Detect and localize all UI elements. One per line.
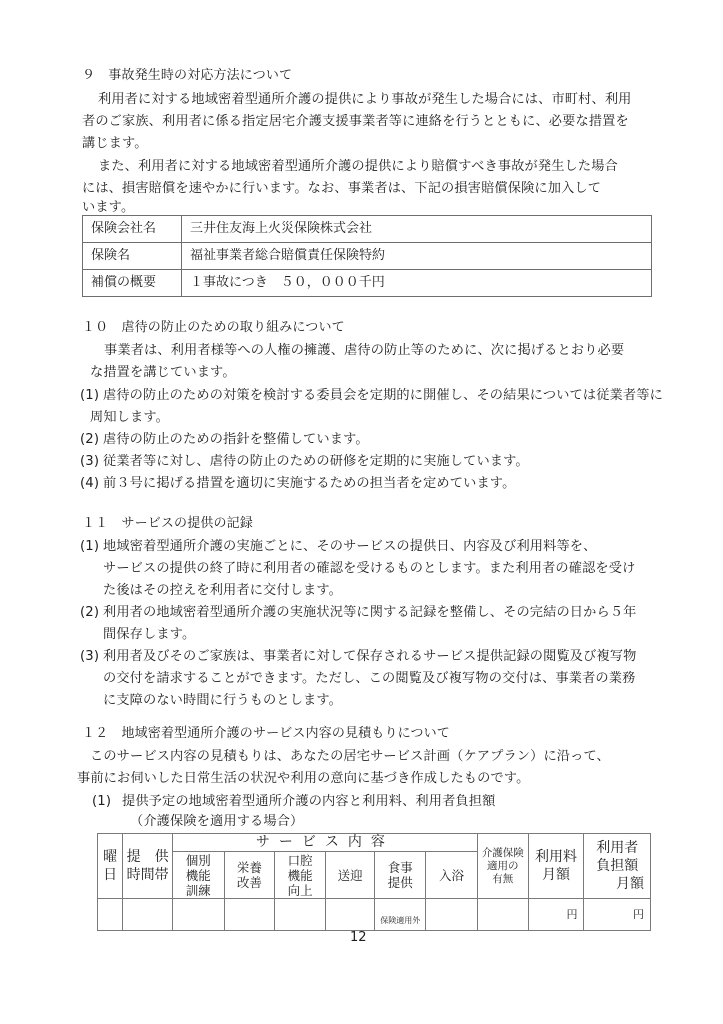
header-transport: 送迎 [325,852,375,899]
header-day-line: 曜 [98,848,122,866]
service-label-line: 機能 [275,868,325,883]
section10-item-text: 虐待の防止のための指針を整備しています。 [103,430,369,450]
section11-item-text: に支障のない時間に行うものとします。 [103,691,342,711]
section11-item-number: (1) [80,537,99,557]
header-day-line: 日 [98,866,122,884]
header-user-burden: 利用者 負担額 月額 [584,834,651,899]
header-time-line: 時間帯 [123,866,172,884]
service-label-line: 提供 [375,875,425,890]
header-time-slot: 提 供 時間帯 [123,834,173,899]
section10-item-number: (2) [80,430,99,450]
section10-intro-line: 事業者は、利用者様等への人権の擁護、虐待の防止等のために、次に掲げるとおり必要 [104,341,624,361]
header-time-line: 提 供 [123,848,172,866]
section11-item-text: た後はその控えを利用者に交付します。 [103,581,342,601]
section11-item-text: サービスの提供の終了時に利用者の確認を受けるものとします。また利用者の確認を受け [103,559,635,579]
section10-intro-line: な措置を講じています。 [90,363,236,383]
insurance-value: １事故につき ５０，０００千円 [182,270,652,297]
header-nutrition: 栄養 改善 [224,852,275,899]
section10-item-number: (3) [80,452,99,472]
section11-item-text: 地域密着型通所介護の実施ごとに、そのサービスの提供日、内容及び利用料等を、 [103,537,596,557]
section10-item-text: 従業者等に対し、虐待の防止のための研修を定期的に実施しています。 [103,452,529,472]
service-label-line: 送迎 [326,868,375,883]
header-burden-line: 利用者 [584,839,650,857]
cell-insurance-applicable [477,899,528,931]
insurance-label: 保険名 [83,243,182,270]
section10-item-number: (4) [80,474,99,494]
header-fee-line: 月額 [529,866,584,884]
section10-item-text: 周知します。 [90,408,169,428]
header-insurance-applicable: 介護保険 適用の 有無 [477,834,528,899]
section10-item-number: (1) [80,386,99,406]
cell-oral-function [275,899,326,931]
service-label-line: 栄養 [225,860,275,875]
cell-time-slot [123,899,173,931]
cell-user-burden: 円 [584,899,651,931]
service-estimate-table: 曜 日 提 供 時間帯 サービス内容 介護保険 適用の 有無 利用料 月額 利用… [97,833,651,931]
section10-item-text: 前３号に掲げる措置を適切に実施するための担当者を定めています。 [103,474,515,494]
header-individual-training: 個別 機能 訓練 [172,852,224,899]
section9-text-line: 講じます。 [82,134,148,154]
insurance-label: 保険会社名 [83,216,182,243]
header-burden-line: 月額 [584,875,650,893]
page-number: 12 [350,930,367,945]
section12-heading: １２ 地域密着型通所介護のサービス内容の見積もりについて [82,724,450,744]
section9-text-line: 利用者に対する地域密着型通所介護の提供により事故が発生した場合には、市町村、利用 [98,90,632,110]
service-label-line: 訓練 [173,883,224,898]
section11-item-number: (2) [80,603,99,623]
cell-individual-training [172,899,224,931]
section9-text-line: また、利用者に対する地域密着型通所介護の提供により賠償すべき事故が発生した場合 [98,157,618,177]
document-page: ９ 事故発生時の対応方法について 利用者に対する地域密着型通所介護の提供により事… [0,0,723,1024]
header-meal: 食事 提供 [375,852,426,899]
section11-item-number: (3) [80,647,99,667]
section11-heading: １１ サービスの提供の記録 [82,514,253,534]
header-insurance-line: 有無 [478,873,528,886]
header-bathing: 入浴 [426,852,478,899]
service-label-line: 入浴 [426,868,477,883]
table-row: 補償の概要 １事故につき ５０，０００千円 [83,270,652,297]
section10-item-text: 虐待の防止のための対策を検討する委員会を定期的に開催し、その結果については従業者… [103,386,663,406]
cell-nutrition [224,899,275,931]
header-service-content: サービス内容 [172,834,477,852]
cell-meal-note: 保険適用外 [375,899,426,931]
header-oral-function: 口腔 機能 向上 [275,852,326,899]
subsection-subtitle: （介護保険を適用する場合） [130,812,303,832]
section11-item-text: の交付を請求することができます。ただし、この閲覧及び複写物の交付は、事業者の業務 [103,669,635,689]
insurance-value: 三井住友海上火災保険株式会社 [182,216,652,243]
cell-bathing [426,899,478,931]
header-insurance-line: 適用の [478,860,528,873]
header-day: 曜 日 [98,834,123,899]
header-fee-line: 利用料 [529,848,584,866]
service-label-line: 改善 [225,875,275,890]
table-row: 保険適用外 円 円 [98,899,651,931]
section9-heading: ９ 事故発生時の対応方法について [82,66,292,86]
section9-text-line: 者のご家族、利用者に係る指定居宅介護支援事業者等に連絡を行うとともに、必要な措置… [82,112,629,132]
header-insurance-line: 介護保険 [478,847,528,860]
insurance-value: 福祉事業者総合賠償責任保険特約 [182,243,652,270]
service-label-line: 食事 [375,860,425,875]
insurance-label: 補償の概要 [83,270,182,297]
section11-item-text: 間保存します。 [103,625,195,645]
cell-transport [325,899,375,931]
table-row: 保険名 福祉事業者総合賠償責任保険特約 [83,243,652,270]
section12-intro-line: 事前にお伺いした日常生活の状況や利用の意向に基づき作成したものです。 [77,769,529,789]
subsection-title: 提供予定の地域密着型通所介護の内容と利用料、利用者負担額 [122,792,495,812]
table-row: 保険会社名 三井住友海上火災保険株式会社 [83,216,652,243]
header-burden-line: 負担額 [584,857,650,875]
section9-text-line: には、損害賠償を速やかに行います。なお、事業者は、下記の損害賠償保険に加入して [82,179,601,199]
header-monthly-fee: 利用料 月額 [528,834,584,899]
service-label-line: 個別 [173,853,224,868]
cell-day [98,899,123,931]
section11-item-text: 利用者の地域密着型通所介護の実施状況等に関する記録を整備し、その完結の日から５年 [103,603,637,623]
table-header-row: 曜 日 提 供 時間帯 サービス内容 介護保険 適用の 有無 利用料 月額 利用… [98,834,651,852]
service-label-line: 口腔 [275,853,325,868]
cell-monthly-fee: 円 [528,899,584,931]
section12-intro-line: このサービス内容の見積もりは、あなたの居宅サービス計画（ケアプラン）に沿って、 [90,747,610,767]
section10-heading: １０ 虐待の防止のための取り組みについて [82,318,345,338]
insurance-table: 保険会社名 三井住友海上火災保険株式会社 保険名 福祉事業者総合賠償責任保険特約… [82,215,652,297]
service-label-line: 向上 [275,883,325,898]
section11-item-text: 利用者及びそのご家族は、事業者に対して保存されるサービス提供記録の閲覧及び複写物 [103,647,637,667]
subsection-number: (1) [92,792,111,812]
service-label-line: 機能 [173,868,224,883]
